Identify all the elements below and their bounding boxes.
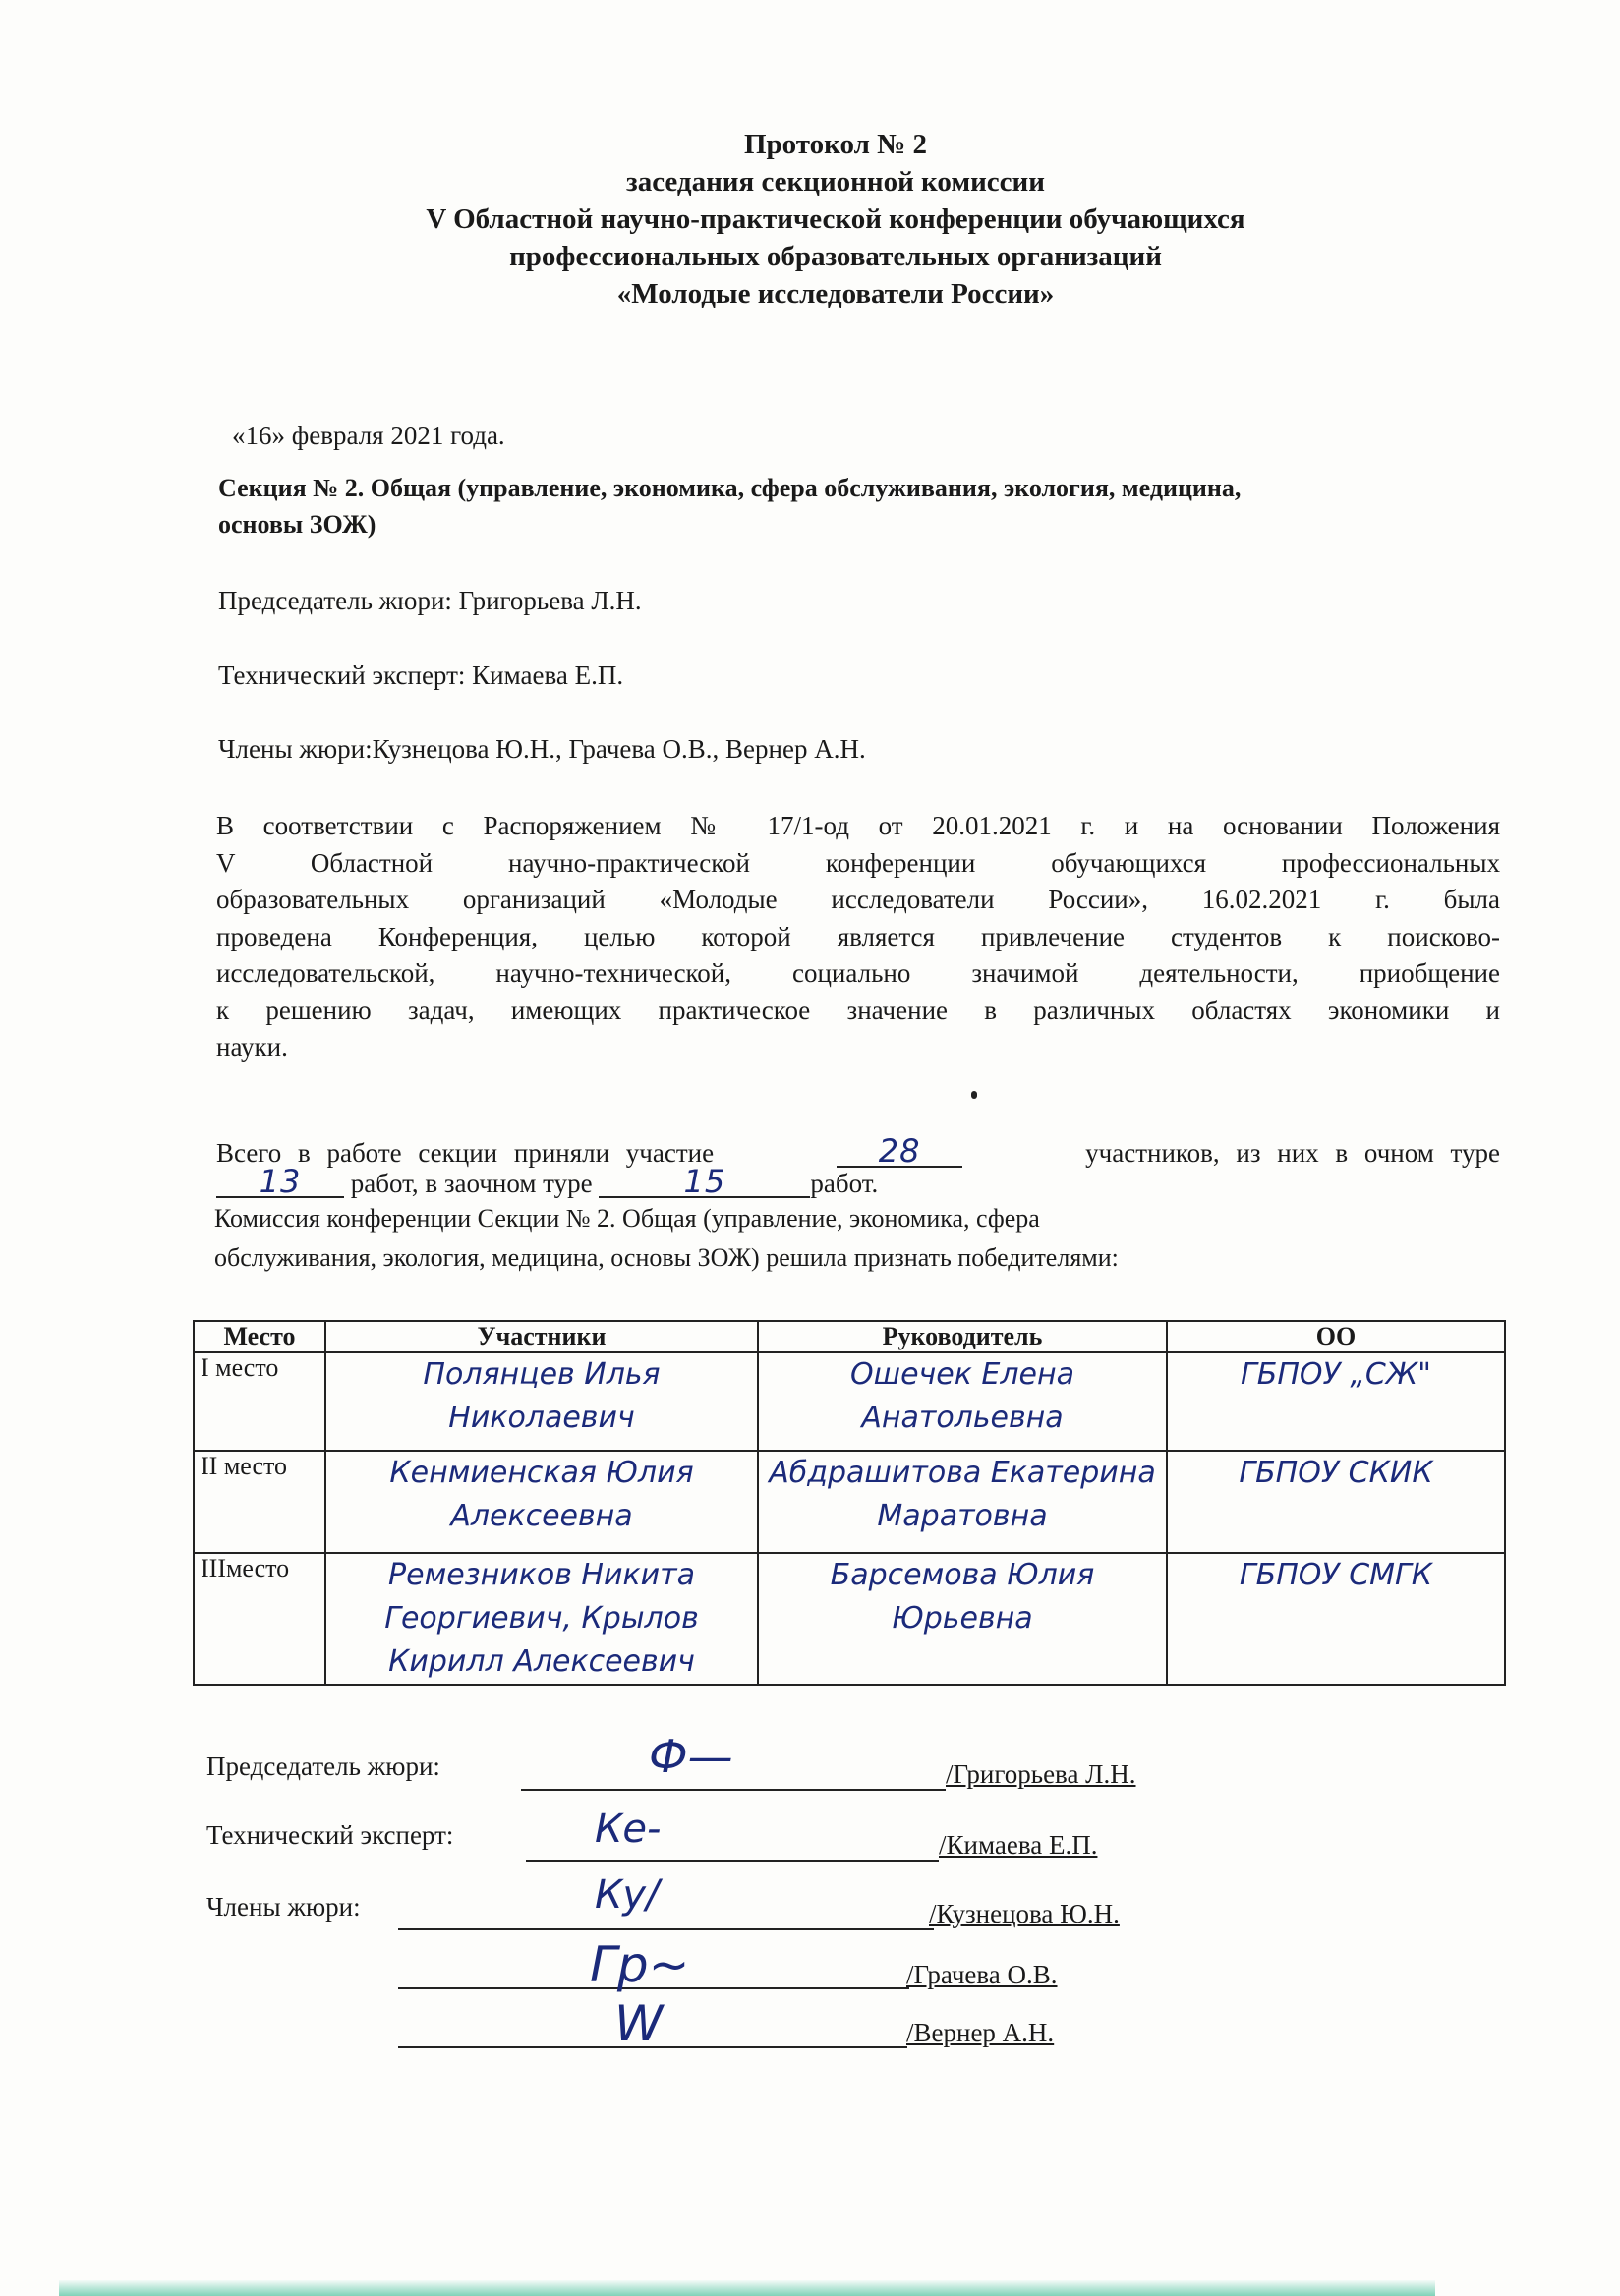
scan-edge-strip [59,2280,1435,2296]
jury-members: Члены жюри:Кузнецова Ю.Н., Грачева О.В.,… [218,734,866,765]
body-line: проведена Конференция, целью которой явл… [216,919,1500,956]
org-cell: ГБПОУ „СЖ" [1167,1352,1505,1451]
tech-signature: Ке- [595,1807,661,1852]
body-paragraph: В соответствии с Распоряжением № 17/1-од… [216,808,1500,1066]
supervisor-cell: Ошечек Елена Анатольевна [758,1352,1167,1451]
ink-dot [971,1091,977,1099]
supervisor-cell: Абдрашитова Екатерина Маратовна [758,1451,1167,1553]
participants-cell: Полянцев Илья Николаевич [325,1352,758,1451]
body-line: науки. [216,1029,1500,1066]
place-cell: II место [194,1451,325,1553]
member1-signature: Ку/ [595,1872,660,1918]
total-participants: 28 [879,1132,921,1170]
sig-member1-name: /Кузнецова Ю.Н. [929,1899,1120,1929]
body-line: исследовательской, научно-технической, с… [216,955,1500,993]
table-header-row: Место Участники Руководитель ОО [194,1321,1505,1352]
body-line: образовательных организаций «Молодые исс… [216,882,1500,919]
title-line-3: V Областной научно-практической конферен… [295,201,1376,238]
title-line-5: «Молодые исследователи России» [295,275,1376,313]
sig-chair-name: /Григорьева Л.Н. [946,1759,1136,1790]
commission-line-1: Комиссия конференции Секции № 2. Общая (… [214,1204,1040,1234]
chair-signature: Ф— [649,1730,733,1783]
jury-chair: Председатель жюри: Григорьева Л.Н. [218,586,642,616]
title-line-4: профессиональных образовательных организ… [295,238,1376,275]
participants-cell: Ремезников Никита Георгиевич, Крылов Кир… [325,1553,758,1685]
place-cell: I место [194,1352,325,1451]
participation-line-2: 13 работ, в заочном туре 15работ. [216,1163,878,1199]
sig-member2-name: /Грачева О.В. [906,1960,1058,1990]
header-participants: Участники [325,1321,758,1352]
header-supervisor: Руководитель [758,1321,1167,1352]
in-person-field: 13 [216,1163,344,1198]
supervisor-cell: Барсемова Юлия Юрьевна [758,1553,1167,1685]
remote-count: 15 [684,1163,726,1200]
commission-line-2: обслуживания, экология, медицина, основы… [214,1243,1119,1273]
participation-mid: участников, из них в очном туре [1085,1138,1500,1169]
participants-cell: Кенмиенская Юлия Алексеевна [325,1451,758,1553]
table-row: IIIместо Ремезников Никита Георгиевич, К… [194,1553,1505,1685]
body-line: V Областной научно-практической конферен… [216,845,1500,883]
sig-member3-name: /Вернер А.Н. [906,2018,1054,2048]
in-person-count: 13 [260,1163,302,1200]
sig-tech-line [526,1858,939,1862]
member2-signature: Гр~ [590,1936,690,1993]
winners-table: Место Участники Руководитель ОО I место … [193,1320,1506,1686]
body-line: В соответствии с Распоряжением № 17/1-од… [216,808,1500,845]
body-line: к решению задач, имеющих практическое зн… [216,993,1500,1030]
org-cell: ГБПОУ СКИК [1167,1451,1505,1553]
org-cell: ГБПОУ СМГК [1167,1553,1505,1685]
works-in-person-label: работ, в заочном туре [351,1169,593,1198]
sig-member1-line [398,1926,934,1930]
remote-field: 15 [599,1163,810,1198]
title-line-2: заседания секционной комиссии [295,163,1376,201]
section-title-cont: основы ЗОЖ) [218,510,376,540]
title-line-1: Протокол № 2 [295,126,1376,163]
header-org: ОО [1167,1321,1505,1352]
works-suffix: работ. [810,1169,878,1198]
table-row: II место Кенмиенская Юлия Алексеевна Абд… [194,1451,1505,1553]
section-title: Секция № 2. Общая (управление, экономика… [218,474,1241,503]
place-cell: IIIместо [194,1553,325,1685]
table-row: I место Полянцев Илья Николаевич Ошечек … [194,1352,1505,1451]
sig-members-label: Члены жюри: [206,1892,361,1923]
sig-tech-name: /Кимаева Е.П. [939,1830,1097,1861]
document-date: «16» февраля 2021 года. [232,421,505,451]
header-place: Место [194,1321,325,1352]
document-title: Протокол № 2 заседания секционной комисс… [295,126,1376,313]
member3-signature: W [614,1995,663,2052]
jury-tech-expert: Технический эксперт: Кимаева Е.П. [218,660,623,691]
sig-tech-label: Технический эксперт: [206,1820,453,1851]
sig-chair-label: Председатель жюри: [206,1751,440,1782]
sig-chair-line [521,1787,946,1791]
